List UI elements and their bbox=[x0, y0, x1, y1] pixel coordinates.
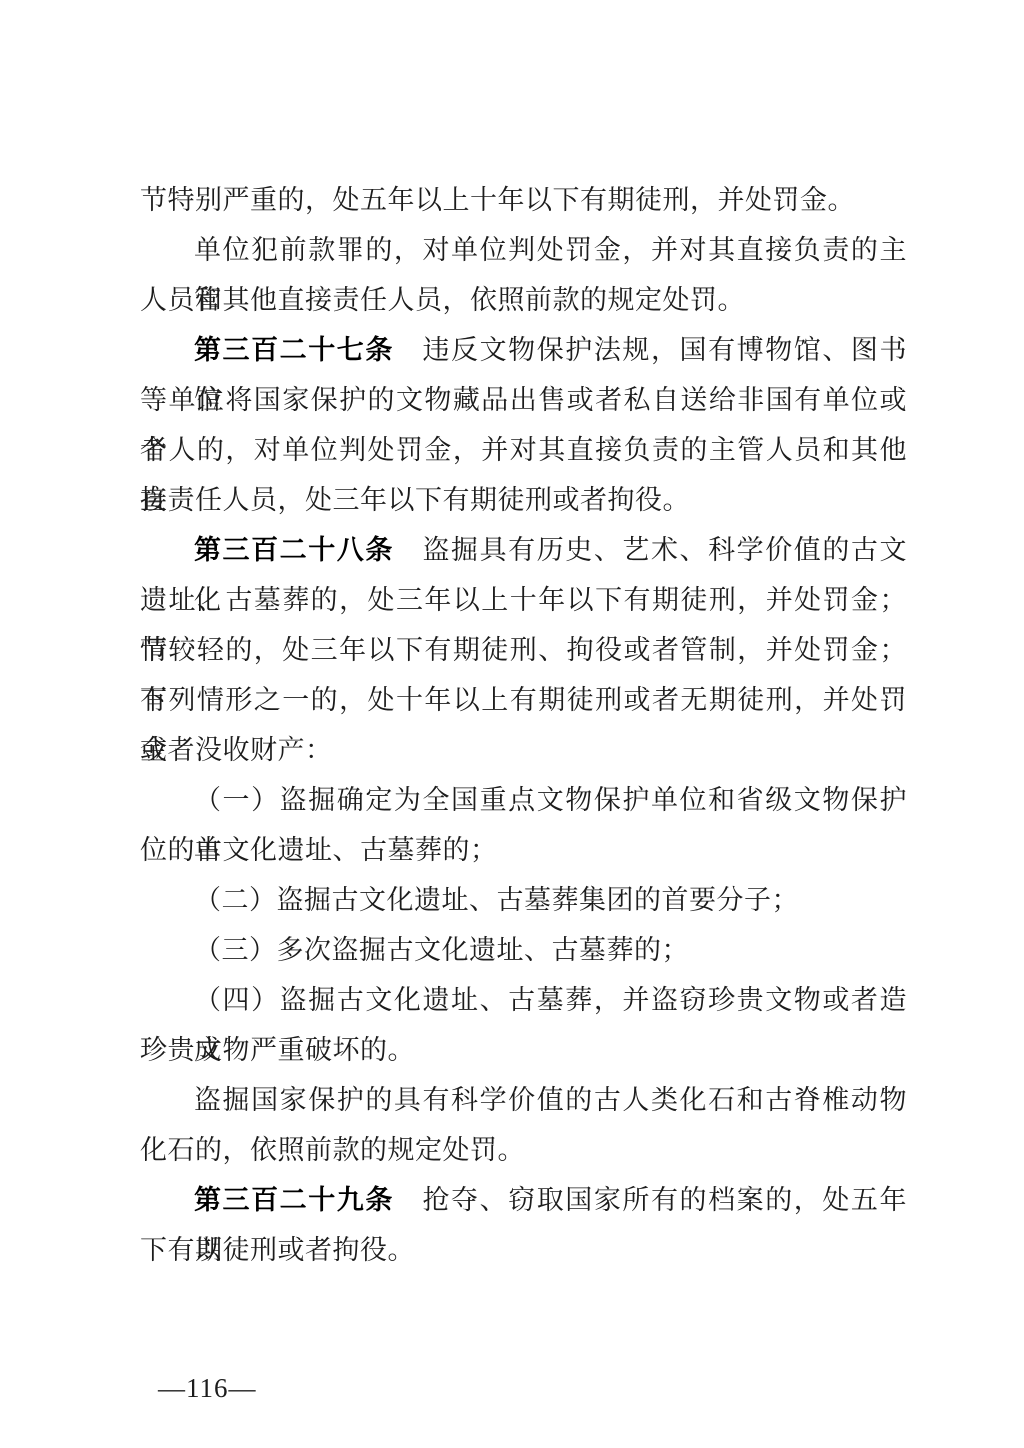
body-text-segment: 下有期徒刑或者拘役。 bbox=[140, 1235, 415, 1265]
page-footer: —116— bbox=[158, 1368, 257, 1408]
text-line: 单位犯前款罪的，对单位判处罚金，并对其直接负责的主管 bbox=[140, 225, 907, 275]
body-text-segment: 珍贵文物严重破坏的。 bbox=[140, 1035, 415, 1065]
text-line: （一）盗掘确定为全国重点文物保护单位和省级文物保护单 bbox=[140, 775, 907, 825]
legal-text-body: 节特别严重的，处五年以上十年以下有期徒刑，并处罚金。单位犯前款罪的，对单位判处罚… bbox=[140, 175, 907, 1275]
body-text-segment: 位的古文化遗址、古墓葬的； bbox=[140, 835, 498, 865]
body-text-segment: （二）盗掘古文化遗址、古墓葬集团的首要分子； bbox=[194, 885, 799, 915]
body-text-segment: （三）多次盗掘古文化遗址、古墓葬的； bbox=[194, 935, 689, 965]
text-line: 位的古文化遗址、古墓葬的； bbox=[140, 825, 907, 875]
text-line: 下列情形之一的，处十年以上有期徒刑或者无期徒刑，并处罚金 bbox=[140, 675, 907, 725]
body-text-segment: 或者没收财产： bbox=[140, 735, 333, 765]
text-line: 化石的，依照前款的规定处罚。 bbox=[140, 1125, 907, 1175]
text-line: 珍贵文物严重破坏的。 bbox=[140, 1025, 907, 1075]
text-line: （三）多次盗掘古文化遗址、古墓葬的； bbox=[140, 925, 907, 975]
document-page: 节特别严重的，处五年以上十年以下有期徒刑，并处罚金。单位犯前款罪的，对单位判处罚… bbox=[0, 0, 1024, 1448]
article-number-label: 第三百二十九条 bbox=[194, 1185, 394, 1215]
text-line: 节较轻的，处三年以下有期徒刑、拘役或者管制，并处罚金；有 bbox=[140, 625, 907, 675]
text-line: 第三百二十七条 违反文物保护法规，国有博物馆、图书馆 bbox=[140, 325, 907, 375]
text-line: 第三百二十八条 盗掘具有历史、艺术、科学价值的古文化 bbox=[140, 525, 907, 575]
body-text-segment: 接责任人员，处三年以下有期徒刑或者拘役。 bbox=[140, 485, 690, 515]
text-line: 下有期徒刑或者拘役。 bbox=[140, 1225, 907, 1275]
text-line: 个人的，对单位判处罚金，并对其直接负责的主管人员和其他直 bbox=[140, 425, 907, 475]
text-line: （四）盗掘古文化遗址、古墓葬，并盗窃珍贵文物或者造成 bbox=[140, 975, 907, 1025]
article-number-label: 第三百二十七条 bbox=[194, 335, 394, 365]
body-text-segment: 化石的，依照前款的规定处罚。 bbox=[140, 1135, 525, 1165]
text-line: 节特别严重的，处五年以上十年以下有期徒刑，并处罚金。 bbox=[140, 175, 907, 225]
text-line: 接责任人员，处三年以下有期徒刑或者拘役。 bbox=[140, 475, 907, 525]
body-text-segment: 人员和其他直接责任人员，依照前款的规定处罚。 bbox=[140, 285, 745, 315]
body-text-segment: 盗掘国家保护的具有科学价值的古人类化石和古脊椎动物 bbox=[194, 1085, 907, 1115]
article-number-label: 第三百二十八条 bbox=[194, 535, 394, 565]
text-line: 人员和其他直接责任人员，依照前款的规定处罚。 bbox=[140, 275, 907, 325]
text-line: 第三百二十九条 抢夺、窃取国家所有的档案的，处五年以 bbox=[140, 1175, 907, 1225]
text-line: 等单位将国家保护的文物藏品出售或者私自送给非国有单位或者 bbox=[140, 375, 907, 425]
text-line: 盗掘国家保护的具有科学价值的古人类化石和古脊椎动物 bbox=[140, 1075, 907, 1125]
text-line: 遗址、古墓葬的，处三年以上十年以下有期徒刑，并处罚金；情 bbox=[140, 575, 907, 625]
text-line: 或者没收财产： bbox=[140, 725, 907, 775]
text-line: （二）盗掘古文化遗址、古墓葬集团的首要分子； bbox=[140, 875, 907, 925]
body-text-segment: 节特别严重的，处五年以上十年以下有期徒刑，并处罚金。 bbox=[140, 185, 855, 215]
page-number: —116— bbox=[158, 1373, 257, 1403]
